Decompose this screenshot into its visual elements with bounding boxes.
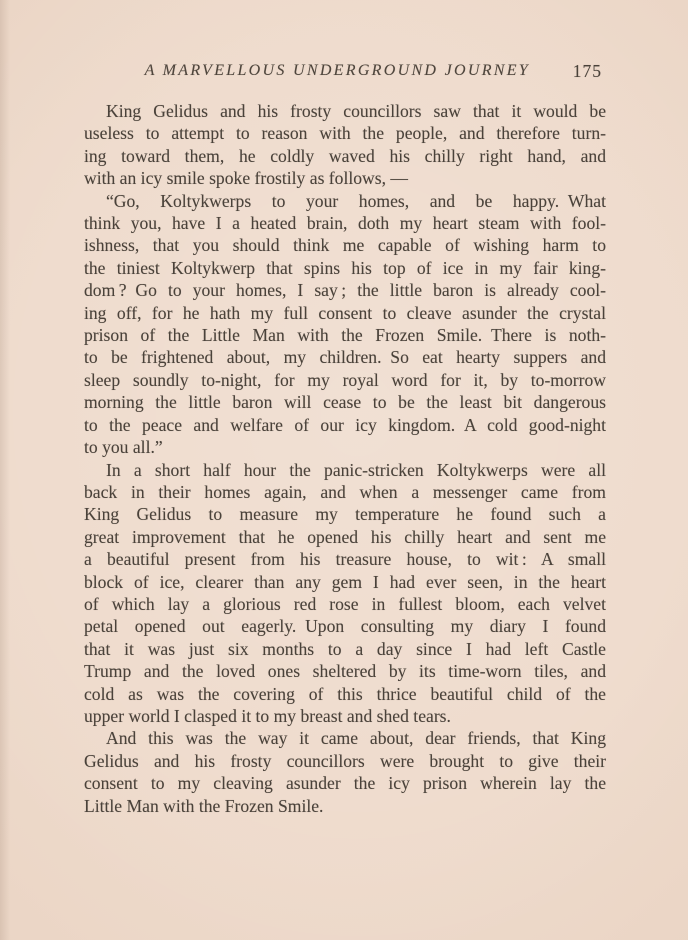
text-area: A MARVELLOUS UNDERGROUND JOURNEY 175 Kin… (84, 62, 606, 817)
text-line: King Gelidus and his frosty councillors … (84, 100, 606, 122)
text-line: with an icy smile spoke frostily as foll… (84, 167, 606, 189)
text-line: the tiniest Koltykwerp that spins his to… (84, 257, 606, 279)
book-page: A MARVELLOUS UNDERGROUND JOURNEY 175 Kin… (0, 0, 688, 940)
text-line: ishness, that you should think me capabl… (84, 234, 606, 256)
text-line: block of ice, clearer than any gem I had… (84, 571, 606, 593)
text-line: a beautiful present from his treasure ho… (84, 548, 606, 570)
text-line: prison of the Little Man with the Frozen… (84, 324, 606, 346)
text-line: think you, have I a heated brain, doth m… (84, 212, 606, 234)
text-line: petal opened out eagerly. Upon consultin… (84, 615, 606, 637)
text-line: Trump and the loved ones sheltered by it… (84, 660, 606, 682)
text-line: sleep soundly to-night, for my royal wor… (84, 369, 606, 391)
text-line: to you all.” (84, 436, 606, 458)
text-line: Gelidus and his frosty councillors were … (84, 750, 606, 772)
text-line: morning the little baron will cease to b… (84, 391, 606, 413)
paragraph: And this was the way it came about, dear… (84, 727, 606, 817)
text-line: consent to my cleaving asunder the icy p… (84, 772, 606, 794)
text-line: to the peace and welfare of our icy king… (84, 414, 606, 436)
text-line: useless to attempt to reason with the pe… (84, 122, 606, 144)
body-text: King Gelidus and his frosty councillors … (84, 100, 606, 817)
page-number: 175 (573, 61, 602, 82)
paragraph: “Go, Koltykwerps to your homes, and be h… (84, 190, 606, 459)
text-line: great improvement that he opened his chi… (84, 526, 606, 548)
text-line: cold as was the covering of this thrice … (84, 683, 606, 705)
running-header: A MARVELLOUS UNDERGROUND JOURNEY 175 (84, 62, 606, 82)
text-line: of which lay a glorious red rose in full… (84, 593, 606, 615)
text-line: In a short half hour the panic-stricken … (84, 459, 606, 481)
paragraph: King Gelidus and his frosty councillors … (84, 100, 606, 190)
text-line: ing off, for he hath my full consent to … (84, 302, 606, 324)
text-line: ing toward them, he coldly waved his chi… (84, 145, 606, 167)
text-line: upper world I clasped it to my breast an… (84, 705, 606, 727)
header-title: A MARVELLOUS UNDERGROUND JOURNEY (145, 62, 530, 80)
text-line: “Go, Koltykwerps to your homes, and be h… (84, 190, 606, 212)
text-line: that it was just six months to a day sin… (84, 638, 606, 660)
text-line: back in their homes again, and when a me… (84, 481, 606, 503)
text-line: And this was the way it came about, dear… (84, 727, 606, 749)
text-line: to be frightened about, my children. So … (84, 346, 606, 368)
paragraph: In a short half hour the panic-stricken … (84, 459, 606, 728)
text-line: King Gelidus to measure my temperature h… (84, 503, 606, 525)
text-line: Little Man with the Frozen Smile. (84, 795, 606, 817)
text-line: dom ? Go to your homes, I say ; the litt… (84, 279, 606, 301)
